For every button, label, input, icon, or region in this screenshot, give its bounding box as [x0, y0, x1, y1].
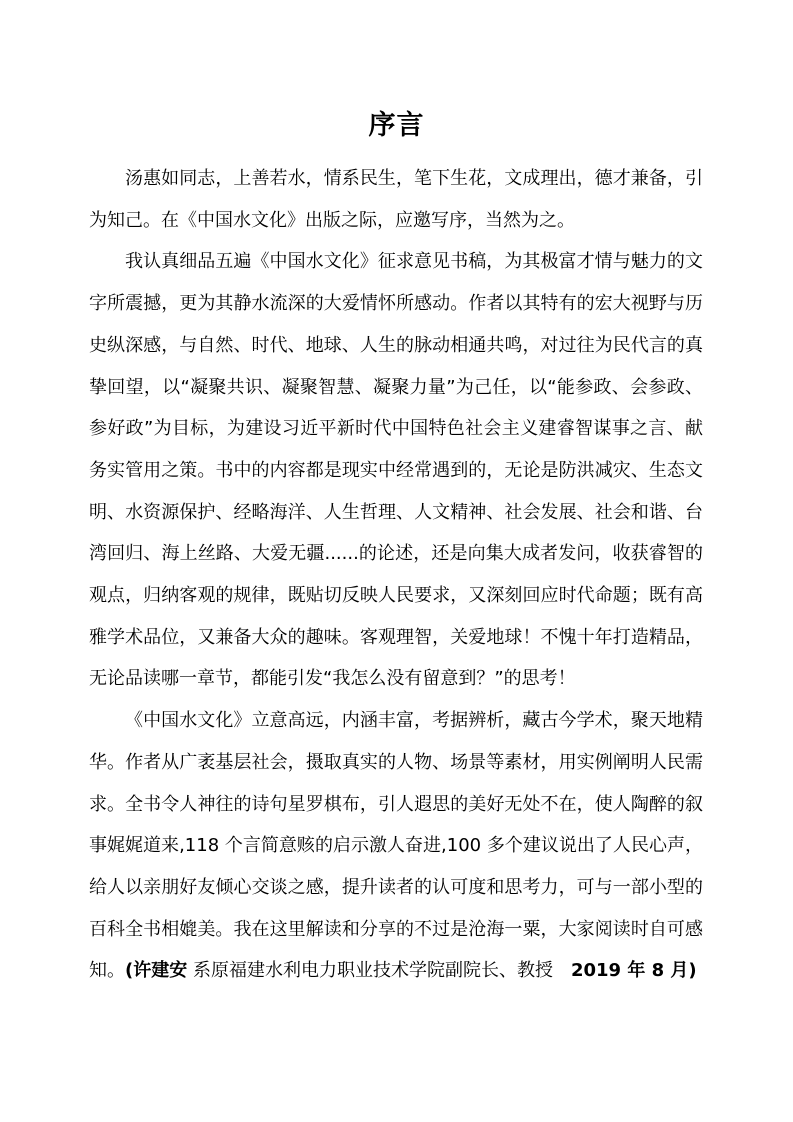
signature-date: 2019 年 8 月): [553, 960, 697, 981]
text-line: 为知己。在《中国水文化》出版之际，应邀写序，当然为之。: [89, 200, 703, 242]
text-line: 无论品读哪一章节，都能引发“我怎么没有留意到？”的思考！: [89, 658, 703, 700]
page-title: 序言: [0, 109, 793, 143]
text-line: 求。全书令人神往的诗句星罗棋布，引人遐思的美好无处不在，使人陶醉的叙: [89, 784, 703, 826]
text-line: 参好政”为目标，为建设习近平新时代中国特色社会主义建睿智谋事之言、献: [89, 408, 703, 450]
text-line: 字所震撼，更为其静水流深的大爱情怀所感动。作者以其特有的宏大视野与历: [89, 283, 703, 325]
signature-prefix: 知。: [89, 960, 125, 981]
document-page: 序言 汤惠如同志，上善若水，情系民生，笔下生花，文成理出，德才兼备，引为知己。在…: [0, 0, 793, 1122]
text-line: 湾回归、海上丝路、大爱无疆......的论述，还是向集大成者发问，收获睿智的: [89, 533, 703, 575]
text-line: 挚回望，以“凝聚共识、凝聚智慧、凝聚力量”为己任，以“能参政、会参政、: [89, 367, 703, 409]
paragraph: 汤惠如同志，上善若水，情系民生，笔下生花，文成理出，德才兼备，引为知己。在《中国…: [89, 158, 703, 241]
signature-author-title: 系原福建水利电力职业技术学院副院长、教授: [187, 960, 553, 981]
text-line: 给人以亲朋好友倾心交谈之感，提升读者的认可度和思考力，可与一部小型的: [89, 867, 703, 909]
text-line: 观点，归纳客观的规律，既贴切反映人民要求，又深刻回应时代命题；既有高: [89, 575, 703, 617]
paragraph: 我认真细品五遍《中国水文化》征求意见书稿，为其极富才情与魅力的文字所震撼，更为其…: [89, 241, 703, 700]
signature-line: 知。(许建安 系原福建水利电力职业技术学院副院长、教授 2019 年 8 月): [89, 950, 703, 992]
text-line: 事娓娓道来,118 个言简意赅的启示激人奋进,100 多个建议说出了人民心声，: [89, 825, 703, 867]
text-line: 汤惠如同志，上善若水，情系民生，笔下生花，文成理出，德才兼备，引: [89, 158, 703, 200]
document-body: 汤惠如同志，上善若水，情系民生，笔下生花，文成理出，德才兼备，引为知己。在《中国…: [0, 158, 793, 992]
text-line: 华。作者从广袤基层社会，摄取真实的人物、场景等素材，用实例阐明人民需: [89, 742, 703, 784]
paragraphs: 汤惠如同志，上善若水，情系民生，笔下生花，文成理出，德才兼备，引为知己。在《中国…: [89, 158, 703, 950]
text-line: 雅学术品位，又兼备大众的趣味。客观理智，关爱地球！不愧十年打造精品，: [89, 617, 703, 659]
paragraph: 《中国水文化》立意高远，内涵丰富，考据辨析，藏古今学术，聚天地精华。作者从广袤基…: [89, 700, 703, 950]
text-line: 我认真细品五遍《中国水文化》征求意见书稿，为其极富才情与魅力的文: [89, 241, 703, 283]
signature-author-name: (许建安: [125, 960, 187, 981]
text-line: 明、水资源保护、经略海洋、人生哲理、人文精神、社会发展、社会和谐、台: [89, 492, 703, 534]
text-line: 史纵深感，与自然、时代、地球、人生的脉动相通共鸣，对过往为民代言的真: [89, 325, 703, 367]
text-line: 务实管用之策。书中的内容都是现实中经常遇到的，无论是防洪减灾、生态文: [89, 450, 703, 492]
text-line: 百科全书相媲美。我在这里解读和分享的不过是沧海一粟，大家阅读时自可感: [89, 909, 703, 951]
text-line: 《中国水文化》立意高远，内涵丰富，考据辨析，藏古今学术，聚天地精: [89, 700, 703, 742]
